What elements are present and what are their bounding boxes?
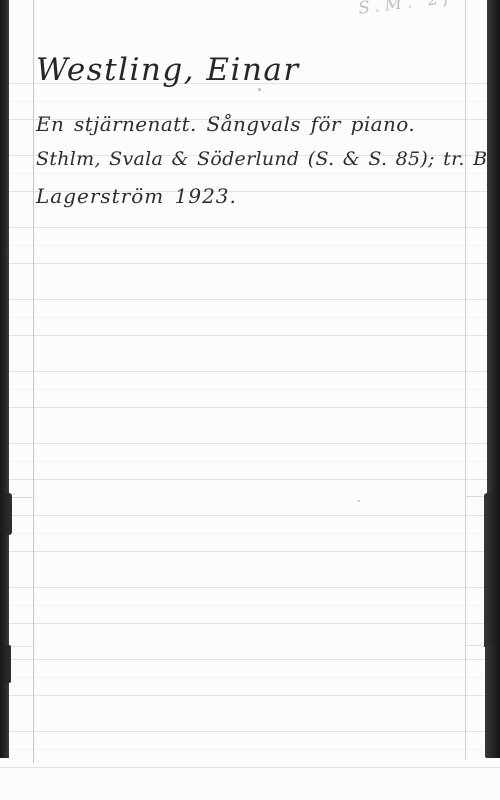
- card-seam: [9, 497, 35, 498]
- catalog-card-scan: S.M. 2f Westling, Einar En stjärnenatt. …: [0, 0, 500, 800]
- paper-speck: [357, 500, 360, 502]
- card-seam: [466, 496, 486, 497]
- left-scan-edge-step: [0, 645, 11, 683]
- left-margin-line: [33, 0, 34, 763]
- card-heading: Westling, Einar: [36, 52, 300, 88]
- card-seam: [9, 646, 35, 647]
- right-scan-edge: [487, 0, 500, 497]
- right-margin-line: [465, 0, 466, 760]
- card-line-printer-year: Lagerström 1923.: [36, 184, 237, 208]
- right-scan-edge-step: [484, 493, 500, 647]
- right-scan-edge-step: [485, 645, 500, 758]
- left-scan-edge-step: [0, 493, 12, 535]
- card-line-title: En stjärnenatt. Sångvals för piano.: [36, 112, 415, 136]
- card-line-publisher: Sthlm, Svala & Söderlund (S. & S. 85); t…: [36, 148, 500, 170]
- ink-dot: [258, 88, 261, 91]
- card-seam: [466, 645, 486, 646]
- pencil-annotation: S.M. 2f: [357, 0, 455, 19]
